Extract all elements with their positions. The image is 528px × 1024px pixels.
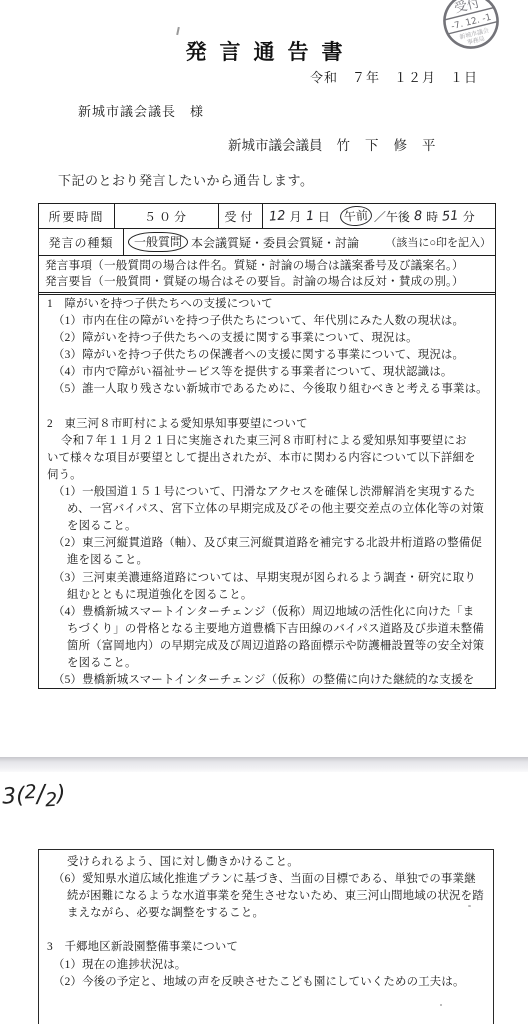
type-note: （該当に○印を記入）: [385, 234, 491, 250]
content-line: （6）愛知県水道広域化推進プランに基づき、当面の目標である、単独での事業継: [53, 871, 489, 888]
content-line: （2）東三河縦貫道路（軸）、及び東三河縦貫道路を補完する北設井桁道路の整備促: [53, 535, 491, 552]
content-line: 3 千郷地区新設園整備事業について: [47, 939, 489, 956]
handwritten-page-number: 3(2/2): [1, 778, 66, 809]
items-header-line2: 発言要旨（一般質問・質疑の場合はその要旨。討論の場合は反対・賛成の別。）: [45, 274, 491, 290]
content-line: （2）今後の予定と、地域の声を反映させたこども園にしていくための工夫は。: [53, 974, 489, 991]
submitter-label: 新城市議会議員: [228, 138, 323, 153]
submitter-name: 竹下修平: [337, 138, 451, 153]
submitter: 新城市議会議員竹下修平: [228, 134, 451, 154]
am-circled: 午前: [339, 205, 372, 227]
content-line: （1）一般国道１５１号について、円滑なアクセスを確保し渋滞解消を実現するた: [53, 484, 491, 501]
items-header-line1: 発言事項（一般質問の場合は件名。質疑・討論の場合は議案番号及び議案名。）: [45, 258, 491, 274]
stamp-label: 受付: [453, 0, 482, 15]
day-unit: 日: [318, 208, 330, 225]
table-row-duration-reception: 所要時間 ５０分 受付 12 月 1 日 午前 ／午後 8 時 51 分: [39, 204, 495, 228]
content-line: 受けられるよう、国に対し働きかけること。: [67, 854, 489, 871]
month-unit: 月: [290, 208, 302, 225]
content-line: （5）豊橋新城スマートインターチェンジ（仮称）の整備に向けた継続的な支援を: [53, 672, 491, 689]
scanned-document-page: 受付 -7. 12. -1 新城市議会 事務局 発言通告書 令和 ７年 １２月 …: [0, 0, 528, 1024]
content-line: 組むとともに現道強化を図ること。: [67, 587, 491, 604]
intro-sentence: 下記のとおり発言したいから通告します。: [58, 170, 313, 189]
content-line: 1 障がいを持つ子供たちへの支援について: [47, 296, 491, 313]
minute-unit: 分: [463, 208, 475, 225]
notification-form-table: 所要時間 ５０分 受付 12 月 1 日 午前 ／午後 8 時 51 分 発言の…: [38, 203, 496, 295]
content-line: 箇所（富岡地内）の早期完成及び周辺道路の路面標示や防護柵設置等の安全対策: [67, 638, 491, 655]
content-line: いて様々な項目が要望として提出されたが、本市に関わる内容について以下詳細を: [47, 450, 491, 467]
table-row-items-header: 発言事項（一般質問の場合は件名。質疑・討論の場合は議案番号及び議案名。） 発言要…: [39, 255, 495, 294]
statement-content-page2: 受けられるよう、国に対し働きかけること。（6）愛知県水道広域化推進プランに基づき…: [38, 849, 494, 1024]
content-line: [47, 399, 491, 416]
content-line: [47, 922, 489, 939]
content-line: 2 東三河８市町村による愛知県知事要望について: [47, 416, 491, 433]
content-line: 令和７年１１月２１日に実施された東三河８市町村による愛知県知事要望にお: [61, 433, 491, 450]
type-options-cell: 一般質問 本会議質疑・委員会質疑・討論 （該当に○印を記入）: [123, 229, 495, 255]
table-row-statement-type: 発言の種類 一般質問 本会議質疑・委員会質疑・討論 （該当に○印を記入）: [39, 228, 495, 255]
page-title: 発言通告書: [0, 36, 528, 66]
content-line: を図ること。: [67, 518, 491, 535]
scan-speck: [468, 905, 471, 907]
reception-hour-handwritten: 8: [411, 208, 424, 224]
content-line: まえながら、必要な調整をすること。: [67, 905, 489, 922]
page-number-part: ): [56, 781, 66, 806]
statement-content-page1: 1 障がいを持つ子供たちへの支援について（1）市内在住の障がいを持つ子供たちにつ…: [38, 292, 496, 689]
reception-label: 受付: [218, 204, 262, 228]
type-options: 本会議質疑・委員会質疑・討論: [191, 234, 359, 251]
hour-unit: 時: [426, 208, 438, 225]
content-line: を図ること。: [67, 655, 491, 672]
duration-value: ５０分: [114, 204, 218, 228]
content-line: 続が困難になるような水道事業を発生させないため、東三河山間地域の状況を踏: [67, 888, 489, 905]
reception-day-handwritten: 1: [303, 208, 316, 224]
content-line: （5）誰一人取り残さない新城市であるために、今後取り組むべきと考える事業は。: [53, 381, 491, 398]
pm-option: ／午後: [374, 208, 410, 225]
content-line: ちづくり」の骨格となる主要地方道豊橋下吉田線のバイパス道路及び歩道未整備: [67, 621, 491, 638]
addressee: 新城市議会議長 様: [78, 101, 204, 120]
type-label: 発言の種類: [39, 229, 123, 255]
stray-pen-mark: [176, 27, 180, 35]
content-line: め、一宮バイパス、宮下立体の早期完成及びその他主要交差点の立体化等の対策: [67, 501, 491, 518]
page-number-part: 2: [45, 789, 58, 812]
content-line: （3）三河東美濃連絡道路については、早期実現が図られるよう調査・研究に取り: [53, 570, 491, 587]
content-line: （3）障がいを持つ子供たちの保護者への支援に関する事業について、現況は。: [53, 347, 491, 364]
document-date: 令和 ７年 １２月 １日: [310, 67, 478, 86]
page-separator: [0, 757, 528, 772]
reception-month-handwritten: 12: [267, 208, 289, 224]
page-number-part: 3(: [1, 783, 25, 809]
page-number-part: 2: [24, 781, 37, 804]
content-line: 進を図ること。: [67, 552, 491, 569]
content-line: （1）現在の進捗状況は。: [53, 957, 489, 974]
content-line: （4）市内で障がい福祉サービス等を提供する事業者について、現状認識は。: [53, 364, 491, 381]
scan-speck: [440, 1004, 442, 1006]
content-line: （2）障がいを持つ子供たちへの支援に関する事業について、現況は。: [53, 330, 491, 347]
content-line: （1）市内在住の障がいを持つ子供たちについて、年代別にみた人数の現状は。: [53, 313, 491, 330]
duration-label: 所要時間: [39, 204, 114, 228]
content-line: 伺う。: [47, 467, 491, 484]
type-selected-circled: 一般質問: [128, 232, 188, 252]
reception-datetime: 12 月 1 日 午前 ／午後 8 時 51 分: [262, 204, 495, 228]
reception-minute-handwritten: 51: [440, 208, 462, 224]
content-line: （4）豊橋新城スマートインターチェンジ（仮称）周辺地域の活性化に向けた「ま: [53, 604, 491, 621]
